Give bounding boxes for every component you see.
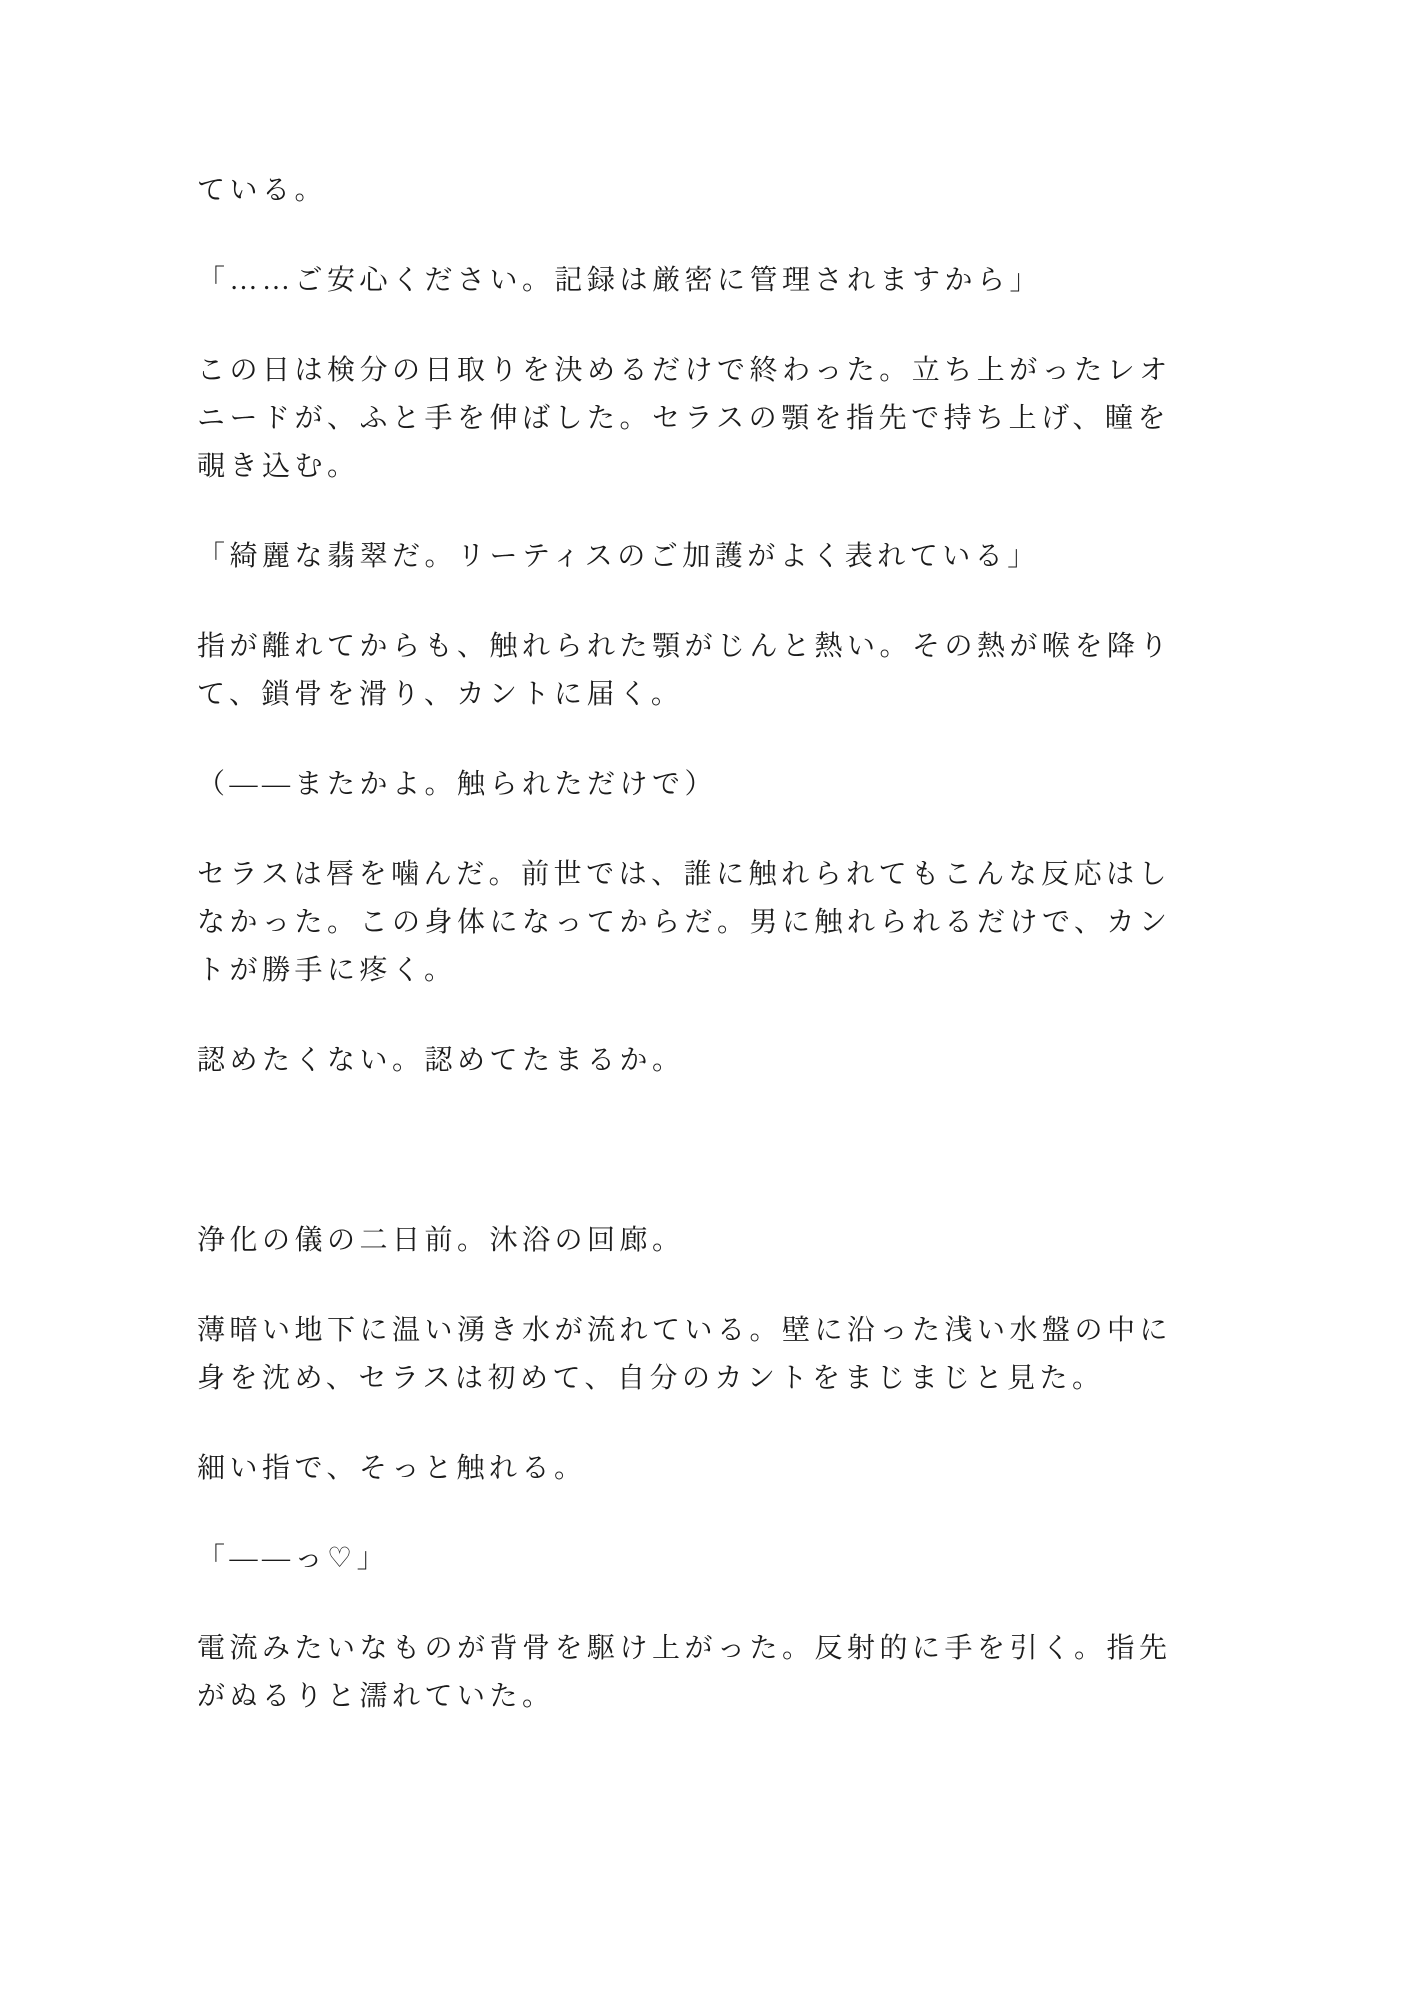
paragraph-narration: 指が離れてからも、触れられた顎がじんと熱い。その熱が喉を降りて、鎖骨を滑り、カン… bbox=[197, 623, 1207, 719]
text-line: ている。 bbox=[197, 167, 1207, 215]
text-line: 認めたくない。認めてたまるか。 bbox=[197, 1037, 1207, 1085]
paragraph-narration: 浄化の儀の二日前。沐浴の回廊。 bbox=[197, 1217, 1207, 1265]
paragraph-narration: 薄暗い地下に温い湧き水が流れている。壁に沿った浅い水盤の中に身を沈め、セラスは初… bbox=[197, 1307, 1207, 1403]
text-line: トが勝手に疼く。 bbox=[197, 947, 1207, 995]
text-line: 浄化の儀の二日前。沐浴の回廊。 bbox=[197, 1217, 1207, 1265]
text-line: なかった。この身体になってからだ。男に触れられるだけで、カン bbox=[197, 899, 1207, 947]
text-line: 指が離れてからも、触れられた顎がじんと熱い。その熱が喉を降り bbox=[197, 623, 1207, 671]
text-line: セラスは唇を噛んだ。前世では、誰に触れられてもこんな反応はし bbox=[197, 851, 1207, 899]
paragraph-narration: 電流みたいなものが背骨を駆け上がった。反射的に手を引く。指先がぬるりと濡れていた… bbox=[197, 1625, 1207, 1721]
text-line: 薄暗い地下に温い湧き水が流れている。壁に沿った浅い水盤の中に bbox=[197, 1307, 1207, 1355]
paragraph-dialogue: 「綺麗な翡翠だ。リーティスのご加護がよく表れている」 bbox=[197, 533, 1207, 581]
text-line: 「綺麗な翡翠だ。リーティスのご加護がよく表れている」 bbox=[197, 533, 1207, 581]
text-line: 「……ご安心ください。記録は厳密に管理されますから」 bbox=[197, 257, 1207, 305]
paragraph-dialogue: 「――っ♡」 bbox=[197, 1535, 1207, 1583]
text-line: 覗き込む。 bbox=[197, 443, 1207, 491]
text-column: ている。「……ご安心ください。記録は厳密に管理されますから」この日は検分の日取り… bbox=[197, 167, 1207, 1763]
text-line: ニードが、ふと手を伸ばした。セラスの顎を指先で持ち上げ、瞳を bbox=[197, 395, 1207, 443]
text-line: （――またかよ。触られただけで） bbox=[197, 761, 1207, 809]
paragraph-narration: この日は検分の日取りを決めるだけで終わった。立ち上がったレオニードが、ふと手を伸… bbox=[197, 347, 1207, 491]
text-line: 細い指で、そっと触れる。 bbox=[197, 1445, 1207, 1493]
text-line: 電流みたいなものが背骨を駆け上がった。反射的に手を引く。指先 bbox=[197, 1625, 1207, 1673]
paragraph-narration: ている。 bbox=[197, 167, 1207, 215]
paragraph-narration: セラスは唇を噛んだ。前世では、誰に触れられてもこんな反応はしなかった。この身体に… bbox=[197, 851, 1207, 995]
text-line: 「――っ♡」 bbox=[197, 1535, 1207, 1583]
paragraph-dialogue: 「……ご安心ください。記録は厳密に管理されますから」 bbox=[197, 257, 1207, 305]
document-page: ている。「……ご安心ください。記録は厳密に管理されますから」この日は検分の日取り… bbox=[0, 0, 1415, 2000]
text-line: この日は検分の日取りを決めるだけで終わった。立ち上がったレオ bbox=[197, 347, 1207, 395]
text-line: がぬるりと濡れていた。 bbox=[197, 1673, 1207, 1721]
text-line: 身を沈め、セラスは初めて、自分のカントをまじまじと見た。 bbox=[197, 1355, 1207, 1403]
text-line: て、鎖骨を滑り、カントに届く。 bbox=[197, 671, 1207, 719]
paragraph-thought: （――またかよ。触られただけで） bbox=[197, 761, 1207, 809]
paragraph-narration: 認めたくない。認めてたまるか。 bbox=[197, 1037, 1207, 1085]
paragraph-narration: 細い指で、そっと触れる。 bbox=[197, 1445, 1207, 1493]
